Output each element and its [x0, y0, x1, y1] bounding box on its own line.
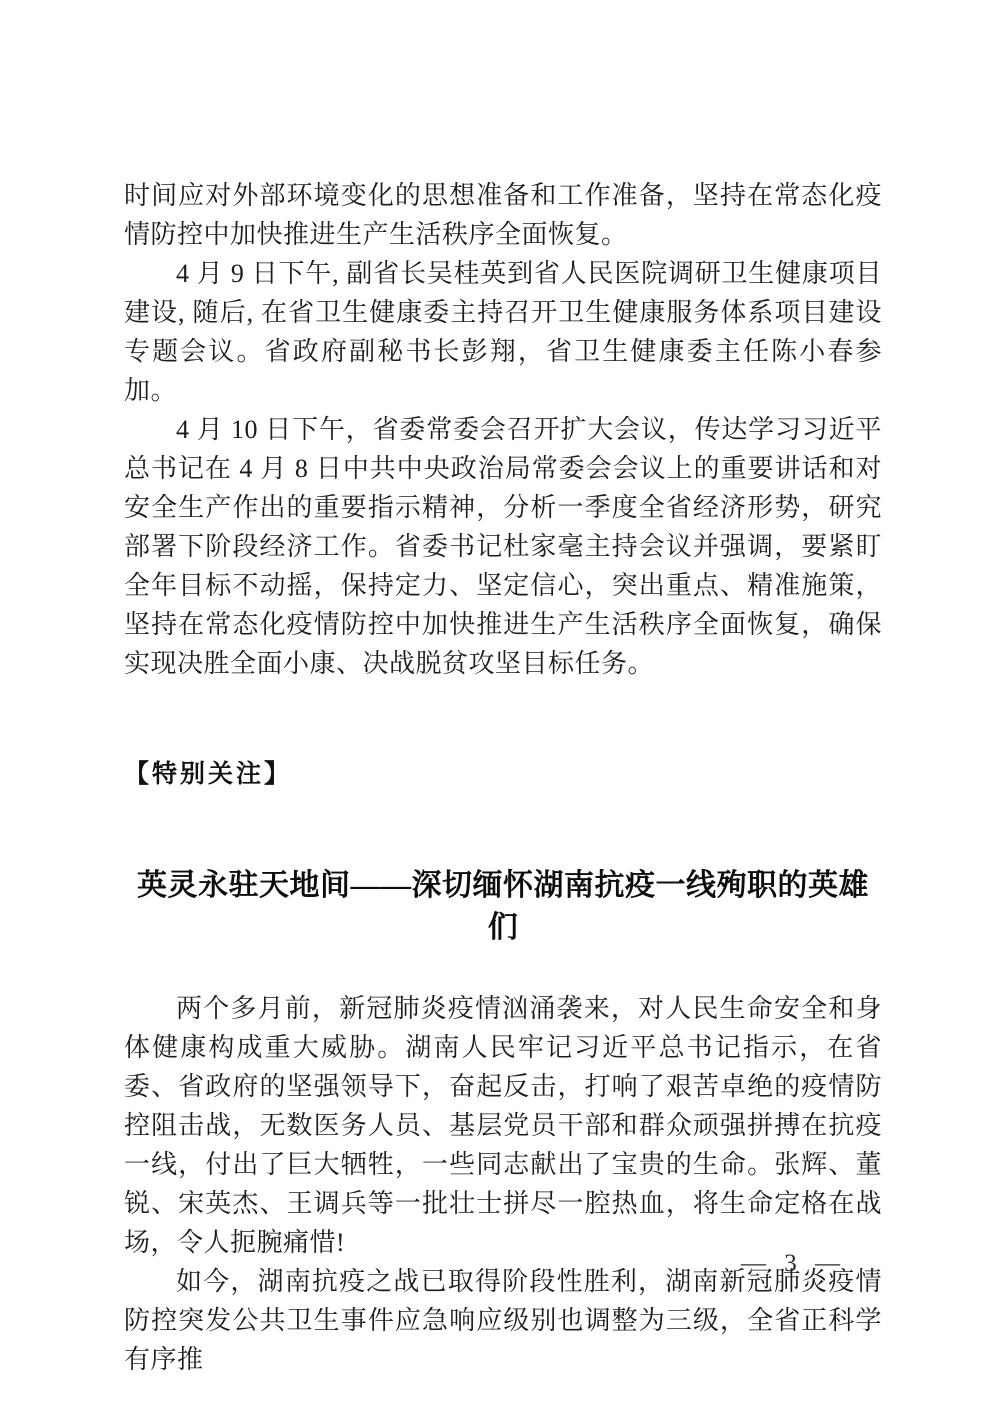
- paragraph-april-9: 4 月 9 日下午, 副省长吴桂英到省人民医院调研卫生健康项目建设, 随后, 在…: [124, 254, 882, 410]
- page-number: — 3 —: [741, 1250, 846, 1278]
- document-page: 时间应对外部环境变化的思想准备和工作准备，坚持在常态化疫情防控中加快推进生产生活…: [0, 0, 992, 1403]
- text-column: 时间应对外部环境变化的思想准备和工作准备，坚持在常态化疫情防控中加快推进生产生活…: [124, 176, 882, 1379]
- paragraph-continuation: 时间应对外部环境变化的思想准备和工作准备，坚持在常态化疫情防控中加快推进生产生活…: [124, 176, 882, 254]
- section-label-special-focus: 【特别关注】: [124, 755, 882, 795]
- article-paragraph-2: 如今，湖南抗疫之战已取得阶段性胜利，湖南新冠肺炎疫情防控突发公共卫生事件应急响应…: [124, 1262, 882, 1379]
- article-paragraph-1: 两个多月前，新冠肺炎疫情汹涌袭来，对人民生命安全和身体健康构成重大威胁。湖南人民…: [124, 989, 882, 1262]
- paragraph-april-10: 4 月 10 日下午，省委常委会召开扩大会议，传达学习习近平总书记在 4 月 8…: [124, 410, 882, 683]
- article-title: 英灵永驻天地间——深切缅怀湖南抗疫一线殉职的英雄们: [124, 865, 882, 949]
